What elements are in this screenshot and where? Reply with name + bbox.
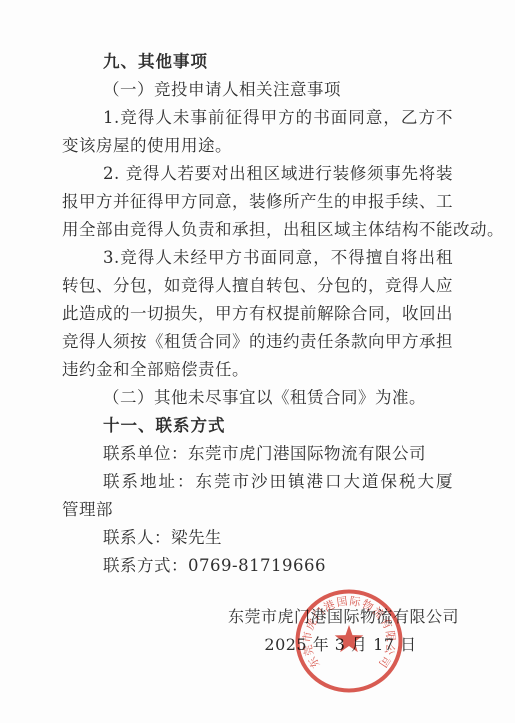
clause-2-line-3: 用全部由竞得人负责和承担，出租区域主体结构不能改动。 (62, 216, 453, 244)
clause-2-line-2: 报甲方并征得甲方同意，装修所产生的申报手续、工程和费 (62, 188, 453, 216)
clause-3-line-3: 此造成的一切损失，甲方有权提前解除合同，收回出租物业。 (62, 300, 453, 328)
subsection-one-title: （一）竞投申请人相关注意事项 (62, 76, 453, 104)
clause-3-line-4: 竞得人须按《租赁合同》的违约责任条款向甲方承担相应的 (62, 328, 453, 356)
subsection-two-title: （二）其他未尽事宜以《租赁合同》为准。 (62, 384, 453, 412)
clause-3-line-5: 违约金和全部赔偿责任。 (62, 356, 453, 384)
contact-person-line: 联系人：梁先生 (62, 524, 453, 552)
clause-1-line-1: 1.竞得人未事前征得甲方的书面同意，乙方不得擅自改 (62, 104, 453, 132)
clause-2-line-1: 2. 竞得人若要对出租区域进行装修须事先将装修方案 (62, 160, 453, 188)
contact-address-line-2: 管理部 (62, 496, 453, 524)
contact-unit-line: 联系单位：东莞市虎门港国际物流有限公司 (62, 440, 453, 468)
section-heading-eleven: 十一、联系方式 (62, 412, 453, 440)
contact-phone-line: 联系方式：0769-81719666 (62, 552, 453, 580)
contact-address-line-1: 联系地址：东莞市沙田镇港口大道保税大厦 606A 园区 (62, 468, 453, 496)
clause-1-line-2: 变该房屋的使用用途。 (62, 132, 453, 160)
signature-date: 2025 年 3 月 17 日 (228, 631, 453, 659)
clause-3-line-1: 3.竞得人未经甲方书面同意，不得擅自将出租物业进行 (62, 244, 453, 272)
section-heading-nine: 九、其他事项 (62, 48, 453, 76)
document-body: 九、其他事项 （一）竞投申请人相关注意事项 1.竞得人未事前征得甲方的书面同意，… (62, 48, 453, 580)
signature-block: 东莞市虎门港国际物流有限公司 2025 年 3 月 17 日 (228, 603, 453, 659)
scanned-document-page: 九、其他事项 （一）竞投申请人相关注意事项 1.竞得人未事前征得甲方的书面同意，… (0, 0, 515, 723)
clause-3-line-2: 转包、分包，如竞得人擅自转包、分包的，竞得人应承担由 (62, 272, 453, 300)
signature-company: 东莞市虎门港国际物流有限公司 (228, 603, 453, 631)
